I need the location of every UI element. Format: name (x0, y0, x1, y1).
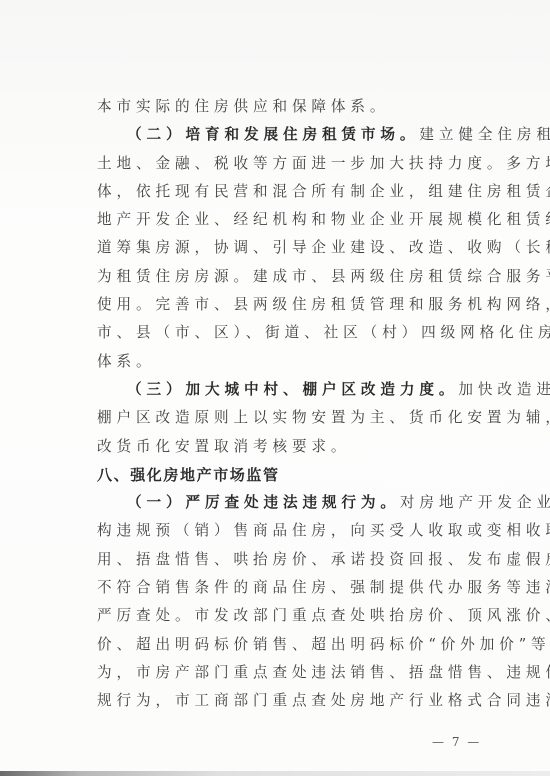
document-page: 本市实际的住房供应和保障体系。 （二）培育和发展住房租赁市场。建立健全住房租赁制… (0, 0, 550, 776)
text-line: 构违规预（销）售商品住房，向买受人收取或变相收取预订款等费 (97, 517, 485, 545)
text-line: 体，依托现有民营和混合所有制企业，组建住房租赁企业，鼓励房 (97, 178, 485, 206)
text-line: 规行为，市工商部门重点查处房地产行业格式合同违法、发布传播 (97, 687, 485, 715)
text-line: 本市实际的住房供应和保障体系。 (97, 93, 485, 121)
text-line: 道筹集房源，协调、引导企业建设、改造、收购（长租）一批房屋作 (97, 234, 485, 262)
section-lead: （三）加大城中村、棚户区改造力度。 (127, 381, 458, 398)
text-line: 为，市房产部门重点查处违法销售、捂盘惜售、违规代理等违法违 (97, 659, 485, 687)
text-line: 价、超出明码标价销售、超出明码标价“价外加价”等违法违规行 (97, 631, 485, 659)
text-line: 改货币化安置取消考核要求。 (97, 433, 485, 461)
document-body: 本市实际的住房供应和保障体系。 （二）培育和发展住房租赁市场。建立健全住房租赁制… (97, 93, 485, 716)
text-line: 八、强化房地产市场监管 (97, 461, 485, 489)
text-line: 使用。完善市、县两级住房租赁管理和服务机构网络，逐步形成 (97, 291, 485, 319)
text-line: 严厉查处。市发改部门重点查处哄抬房价、顶风涨价、不明码标 (97, 602, 485, 630)
text-line: 地产开发企业、经纪机构和物业企业开展规模化租赁经营。多渠 (97, 206, 485, 234)
text-line: 用、捂盘惜售、哄抬房价、承诺投资回报、发布虚假房源信息、代理 (97, 546, 485, 574)
text-line: 体系。 (97, 348, 485, 376)
section-heading: 八、强化房地产市场监管 (97, 466, 280, 484)
text-line: 为租赁住房房源。建成市、县两级住房租赁综合服务平台并投入 (97, 263, 485, 291)
text-line: （二）培育和发展住房租赁市场。建立健全住房租赁制度，从 (97, 121, 485, 149)
text-line: 不符合销售条件的商品住房、强制提供代办服务等违法违规行为 (97, 574, 485, 602)
text-line: 土地、金融、税收等方面进一步加大扶持力度。多方培育供应主 (97, 150, 485, 178)
text-line: （三）加大城中村、棚户区改造力度。加快改造进度，城中村、 (97, 376, 485, 404)
text-line: 市、县（市、区）、街道、社区（村）四级网格化住房租赁管理和服务 (97, 319, 485, 347)
text-line: （一）严厉查处违法违规行为。对房地产开发企业和中介机 (97, 489, 485, 517)
text-line: 棚户区改造原则上以实物安置为主、货币化安置为辅，对城六区棚 (97, 404, 485, 432)
section-lead: （二）培育和发展住房租赁市场。 (127, 126, 419, 143)
section-lead: （一）严厉查处违法违规行为。 (127, 494, 400, 511)
page-number: — 7 — (432, 735, 481, 749)
page-bottom-edge (0, 771, 550, 776)
